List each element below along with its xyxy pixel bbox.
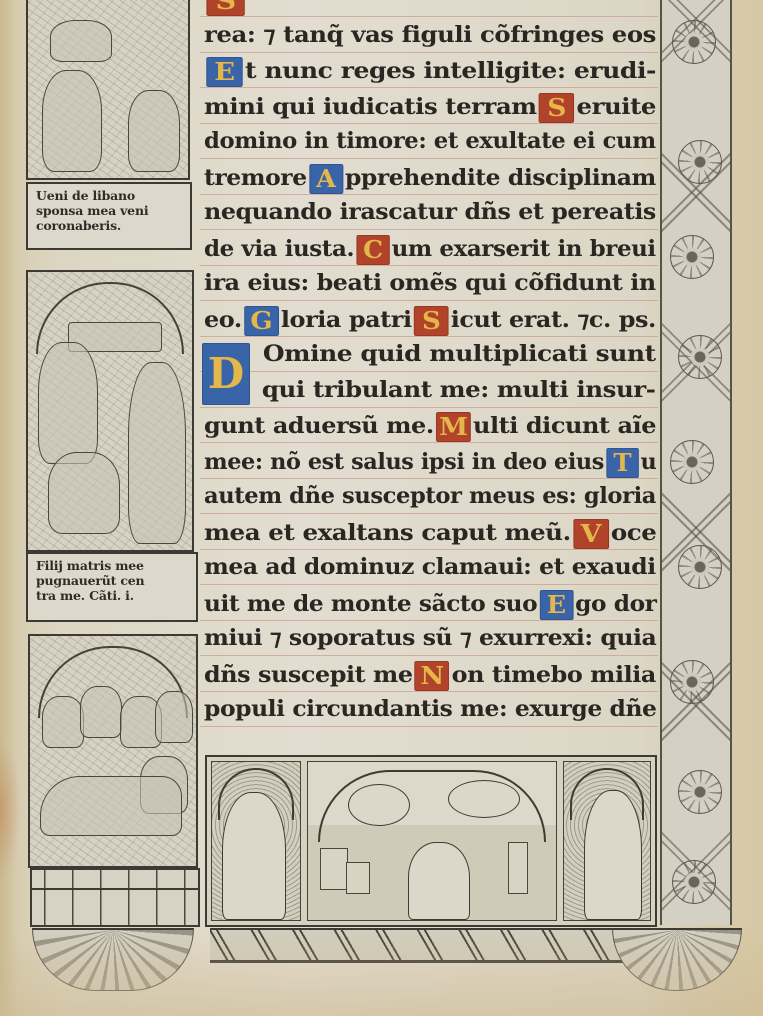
- text-line: populi circundantis me: exurge dñe: [204, 696, 657, 730]
- line-text: mea ad dominuz clamaui: et exaudi: [204, 554, 656, 580]
- text-line: mea et exaltans caput meũ.Voce: [204, 519, 656, 553]
- kneeling-figure: [408, 842, 470, 920]
- line-text: populi circundantis me: exurge dñe: [204, 696, 657, 722]
- line-text: pprehendite disciplinam: [345, 165, 656, 191]
- city-building: [346, 862, 370, 894]
- illuminated-initial: N: [415, 661, 450, 691]
- page-stain: [0, 740, 22, 880]
- line-text: eo.: [204, 307, 242, 333]
- line-text: ira eius: beati omẽs qui cõfidunt in: [204, 270, 656, 296]
- line-text: de via iusta.: [204, 236, 354, 262]
- line-text: rea: ⁊ tanq̃ vas figuli cõfringes eos: [204, 22, 656, 48]
- line-text: loria patri: [281, 307, 412, 333]
- flower-ornament: [672, 860, 716, 904]
- illuminated-initial: C: [356, 235, 389, 265]
- flower-ornament: [670, 235, 714, 279]
- line-text: dñs suscepit me: [204, 662, 413, 688]
- woodcut-prophets-scene: [205, 755, 657, 927]
- line-text: uit me de monte sãcto suo: [204, 591, 537, 617]
- line-text: miui ⁊ soporatus sũ ⁊ exurrexi: quia: [204, 625, 656, 651]
- text-line: mini qui iudicatis terramSeruite: [204, 93, 656, 127]
- niche-right: [563, 761, 651, 921]
- illuminated-initial: S: [414, 306, 449, 336]
- text-line: Omine quid multiplicati sunt: [204, 341, 656, 375]
- acanthus-fan-left: [32, 928, 194, 991]
- text-line: rea: ⁊ tanq̃ vas figuli cõfringes eos: [204, 22, 656, 56]
- text-line: S: [204, 0, 247, 20]
- text-line: mee: nõ est salus ipsi in deo eiusTu: [204, 448, 656, 482]
- seated-figure-right: [128, 90, 180, 172]
- illuminated-initial: V: [573, 519, 609, 549]
- text-line: domino in timore: et exultate ei cum: [204, 128, 656, 162]
- caption-filij-matris: Filij matris mee pugnauerũt cen tra me. …: [26, 552, 198, 622]
- caption-veni-de-libano: Ueni de libano sponsa mea veni coronaber…: [26, 182, 192, 250]
- flower-ornament: [670, 660, 714, 704]
- line-text: nequando irascatur dñs et pereatis: [204, 199, 656, 225]
- text-line: de via iusta.Cum exarserit in breui: [204, 235, 656, 269]
- apostle-head: [42, 696, 84, 748]
- central-scene: [307, 761, 557, 921]
- left-base-ornament: [30, 868, 200, 927]
- right-floral-border: [660, 0, 732, 925]
- apostle-head: [80, 686, 122, 738]
- illuminated-initial: E: [539, 590, 573, 620]
- text-block: Srea: ⁊ tanq̃ vas figuli cõfringes eosEt…: [200, 0, 658, 748]
- illuminated-initial: G: [244, 306, 279, 336]
- flower-ornament: [678, 140, 722, 184]
- illuminated-initial: M: [436, 412, 471, 442]
- caption-line: pugnauerũt cen: [36, 573, 188, 588]
- bearded-prophet: [222, 792, 286, 920]
- bearer-figure: [38, 342, 98, 464]
- text-line: autem dñe susceptor meus es: gloria: [204, 483, 656, 517]
- illuminated-initial: S: [539, 93, 574, 123]
- line-text: icut erat. ⁊c. ps.: [451, 307, 656, 333]
- hatted-prophet: [584, 790, 642, 920]
- caption-line: Ueni de libano: [36, 188, 182, 203]
- text-line: dñs suscepit meNon timebo milia: [204, 661, 656, 695]
- line-text: tremore: [204, 165, 307, 191]
- line-text: um exarserit in breui: [392, 236, 656, 262]
- text-line: tremoreApprehendite disciplinam: [204, 164, 656, 198]
- ruling-line: [200, 16, 658, 17]
- line-text: gunt aduersũ me.: [204, 413, 434, 439]
- illuminated-initial: S: [206, 0, 244, 16]
- text-line: miui ⁊ soporatus sũ ⁊ exurrexi: quia: [204, 625, 656, 659]
- woodcut-entombment: [26, 270, 194, 552]
- angel-left: [348, 784, 410, 826]
- text-line: mea ad dominuz clamaui: et exaudi: [204, 554, 656, 588]
- line-text: mea et exaltans caput meũ.: [204, 520, 571, 546]
- line-text: Omine quid multiplicati sunt: [263, 341, 656, 367]
- text-line: uit me de monte sãcto suoEgo dor: [204, 590, 656, 624]
- caption-line: sponsa mea veni: [36, 203, 182, 218]
- text-line: ira eius: beati omẽs qui cõfidunt in: [204, 270, 656, 304]
- line-text: oce: [611, 520, 657, 546]
- text-line: eo.Gloria patriSicut erat. ⁊c. ps.: [204, 306, 656, 340]
- line-text: on timebo milia: [452, 662, 656, 688]
- line-text: ulti dicunt aĩe: [473, 413, 656, 439]
- virgin-on-bed: [40, 776, 182, 836]
- woodcut-nativity: [26, 0, 190, 180]
- illuminated-initial: A: [309, 164, 343, 194]
- bottom-rope-band: [210, 928, 650, 963]
- book-page: Ueni de libano sponsa mea veni coronaber…: [0, 0, 763, 1016]
- seated-figure-left: [42, 70, 102, 172]
- text-line: Et nunc reges intelligite: erudi-: [204, 57, 656, 91]
- flower-ornament: [678, 545, 722, 589]
- line-text: domino in timore: et exultate ei cum: [204, 128, 656, 154]
- flower-ornament: [670, 440, 714, 484]
- line-text: qui tribulant me: multi insur-: [262, 377, 656, 403]
- standing-figure: [128, 362, 186, 544]
- flower-ornament: [678, 335, 722, 379]
- illuminated-initial: T: [606, 448, 639, 478]
- caption-line: Filij matris mee: [36, 558, 188, 573]
- flower-ornament: [672, 20, 716, 64]
- caption-line: tra me. Cãti. i.: [36, 588, 188, 603]
- line-text: eruite: [577, 94, 656, 120]
- city-tower: [508, 842, 528, 894]
- niche-left: [211, 761, 301, 921]
- angel-right: [448, 780, 520, 818]
- apostle-head: [155, 691, 193, 743]
- woodcut-death-of-virgin: [28, 634, 198, 868]
- text-line: nequando irascatur dñs et pereatis: [204, 199, 656, 233]
- line-text: autem dñe susceptor meus es: gloria: [204, 483, 656, 509]
- line-text: mee: nõ est salus ipsi in deo eius: [204, 449, 604, 475]
- line-text: mini qui iudicatis terram: [204, 94, 537, 120]
- city-building: [320, 848, 348, 890]
- text-line: gunt aduersũ me.Multi dicunt aĩe: [204, 412, 656, 446]
- line-text: t nunc reges intelligite: erudi-: [245, 58, 656, 84]
- line-text: u: [641, 449, 657, 475]
- reclining-figure: [50, 20, 112, 62]
- flower-ornament: [678, 770, 722, 814]
- soldier-figure: [48, 452, 120, 534]
- acanthus-fan-right: [612, 928, 742, 991]
- text-line: qui tribulant me: multi insur-: [204, 377, 655, 411]
- illuminated-initial: E: [206, 57, 242, 87]
- line-text: go dor: [575, 591, 656, 617]
- caption-line: coronaberis.: [36, 218, 182, 233]
